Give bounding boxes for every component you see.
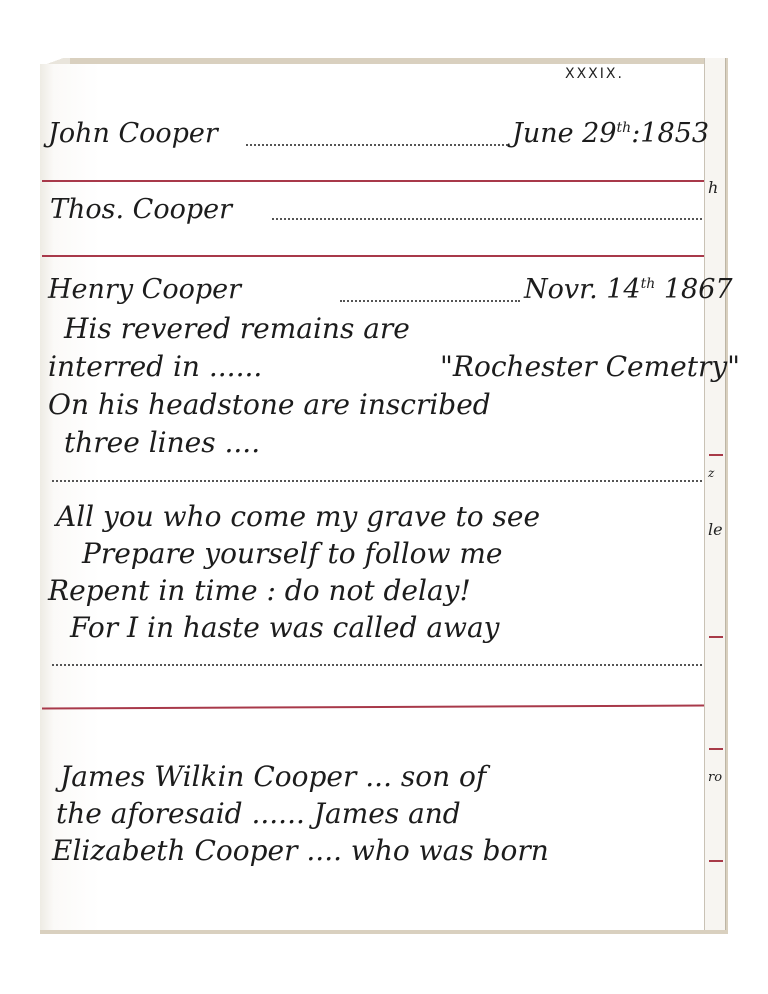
dotted-separator — [52, 664, 702, 666]
adjacent-page-rule — [709, 454, 723, 456]
entry-name-john-cooper: John Cooper — [48, 118, 218, 149]
date-ordinal: th — [617, 120, 632, 136]
adjacent-page-fragment: h — [708, 178, 718, 197]
adjacent-page-rule — [709, 748, 723, 750]
red-rule — [42, 180, 704, 182]
body-line: the aforesaid ...... James and — [56, 797, 461, 830]
leader-dots — [340, 300, 520, 302]
entry-date-henry-cooper: Novr. 14th 1867 — [524, 274, 733, 305]
date-year: :1853 — [631, 118, 709, 149]
adjacent-page-rule — [709, 860, 723, 862]
leader-dots — [246, 144, 508, 146]
date-year: 1867 — [655, 274, 732, 305]
page-corner — [40, 58, 70, 64]
epitaph-line: Repent in time : do not delay! — [48, 574, 471, 607]
epitaph-line: For I in haste was called away — [70, 611, 500, 644]
entry-name-henry-cooper: Henry Cooper — [48, 274, 241, 305]
adjacent-page-fragment: ro — [708, 770, 722, 785]
body-line: On his headstone are inscribed — [48, 388, 491, 421]
leader-dots — [272, 218, 702, 220]
entry-date-john-cooper: June 29th:1853 — [512, 118, 709, 149]
dotted-separator — [52, 480, 702, 482]
adjacent-page-edge: h z le ro — [704, 58, 726, 930]
date-day: June 29 — [512, 118, 617, 149]
page-folio-number: XXXIX. — [565, 66, 624, 82]
date-ordinal: th — [641, 276, 656, 292]
body-line: interred in ...... — [48, 350, 262, 383]
entry-name-thos-cooper: Thos. Cooper — [50, 194, 232, 225]
red-rule — [42, 255, 704, 257]
body-line-place: "Rochester Cemetry" — [440, 350, 740, 383]
body-line: His revered remains are — [64, 312, 410, 345]
epitaph-line: All you who come my grave to see — [56, 500, 540, 533]
adjacent-page-fragment: le — [708, 520, 723, 539]
body-line: James Wilkin Cooper ... son of — [60, 760, 486, 793]
date-day: Novr. 14 — [524, 274, 641, 305]
adjacent-page-rule — [709, 636, 723, 638]
body-line: three lines .... — [64, 426, 260, 459]
adjacent-page-fragment: z — [708, 466, 714, 480]
epitaph-line: Prepare yourself to follow me — [82, 537, 503, 570]
body-line: Elizabeth Cooper .... who was born — [52, 834, 549, 867]
